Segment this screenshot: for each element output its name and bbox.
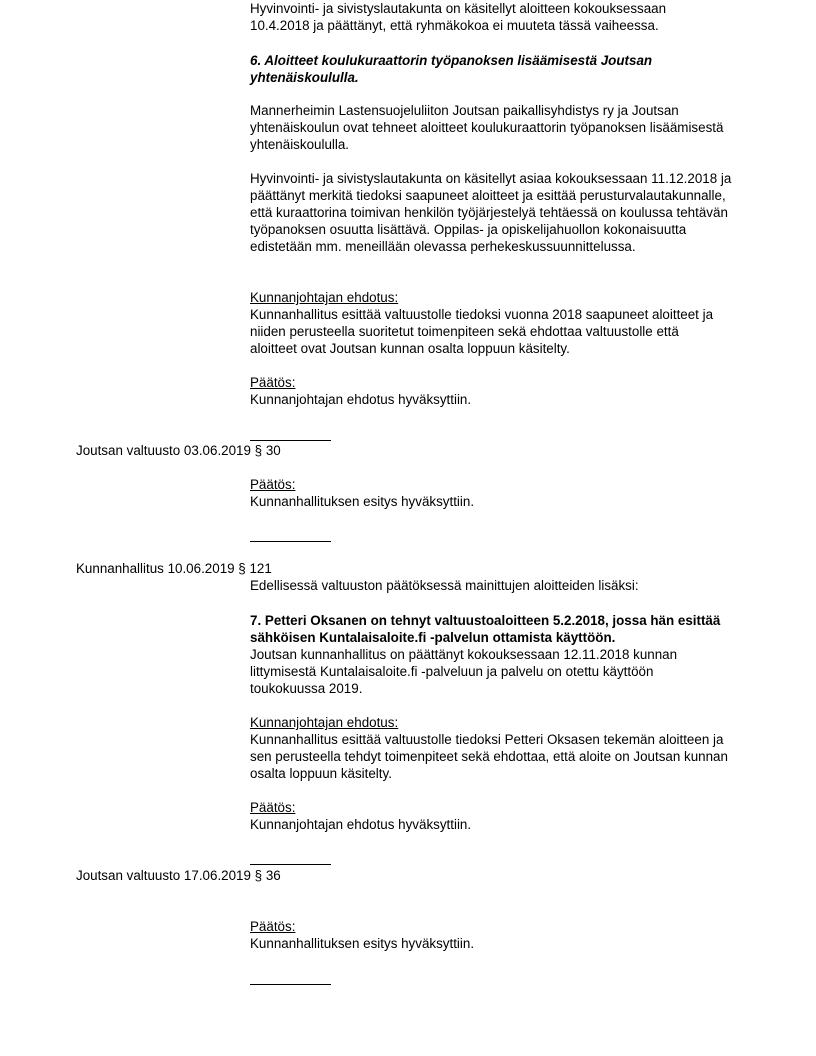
proposal-label: Kunnanjohtajan ehdotus: <box>250 289 398 306</box>
item6-paragraph-1: Mannerheimin Lastensuojeluliiton Joutsan… <box>250 102 730 153</box>
decision-label: Päätös: <box>250 918 295 935</box>
item6-heading: 6. Aloitteet koulukuraattorin työpanokse… <box>250 52 720 86</box>
meeting-label: Joutsan valtuusto 17.06.2019 § 36 <box>76 867 281 884</box>
item7-heading: 7. Petteri Oksanen on tehnyt valtuustoal… <box>250 612 730 646</box>
decision-text: Kunnanhallituksen esitys hyväksyttiin. <box>250 935 750 952</box>
separator-line <box>250 541 331 542</box>
decision-label: Päätös: <box>250 799 295 816</box>
proposal-label: Kunnanjohtajan ehdotus: <box>250 714 398 731</box>
decision-text: Kunnanjohtajan ehdotus hyväksyttiin. <box>250 391 750 408</box>
separator-line <box>250 864 331 865</box>
meeting-intro: Edellisessä valtuuston päätöksessä maini… <box>250 577 750 594</box>
intro-paragraph: Hyvinvointi- ja sivistyslautakunta on kä… <box>250 0 720 34</box>
separator-line <box>250 984 331 985</box>
item6-paragraph-2: Hyvinvointi- ja sivistyslautakunta on kä… <box>250 170 740 255</box>
decision-label: Päätös: <box>250 374 295 391</box>
item7-text: Joutsan kunnanhallitus on päättänyt koko… <box>250 646 730 697</box>
meeting-label: Joutsan valtuusto 03.06.2019 § 30 <box>76 442 281 459</box>
decision-text: Kunnanhallituksen esitys hyväksyttiin. <box>250 493 750 510</box>
meeting-label: Kunnanhallitus 10.06.2019 § 121 <box>76 560 272 577</box>
decision-text: Kunnanjohtajan ehdotus hyväksyttiin. <box>250 816 750 833</box>
separator-line <box>250 440 331 441</box>
proposal-text: Kunnanhallitus esittää valtuustolle tied… <box>250 731 730 782</box>
proposal-text: Kunnanhallitus esittää valtuustolle tied… <box>250 306 720 357</box>
decision-label: Päätös: <box>250 476 295 493</box>
